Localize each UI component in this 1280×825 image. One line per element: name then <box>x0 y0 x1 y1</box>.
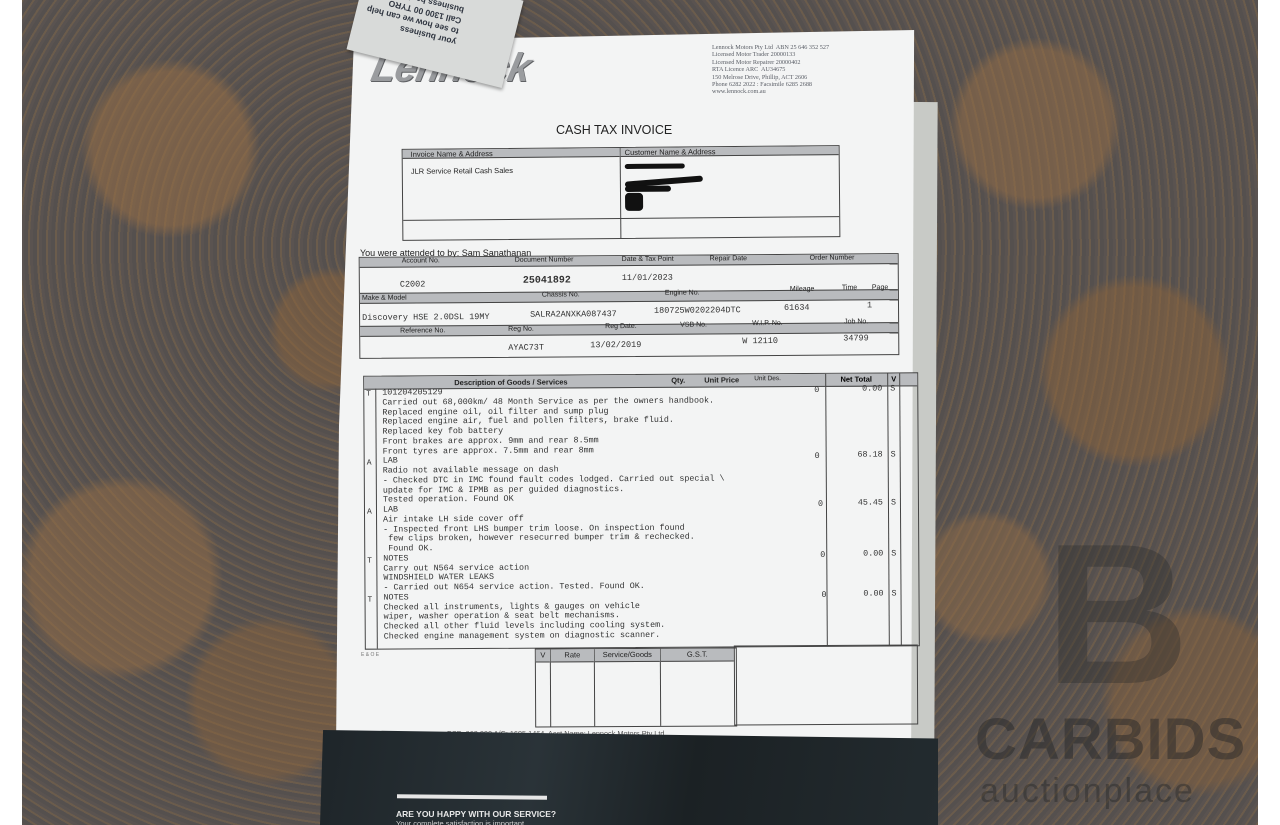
gst-table: V Rate Service/Goods G.S.T. <box>535 647 737 727</box>
line-type: A <box>367 459 372 468</box>
time-label: Time <box>842 284 857 291</box>
job-no-label: Job No. <box>844 318 868 325</box>
gst-service-goods-header: Service/Goods <box>595 649 660 662</box>
line-qty: 0 <box>815 451 820 461</box>
address-box: Invoice Name & Address Customer Name & A… <box>402 145 841 241</box>
line-qty: 0 <box>818 499 823 509</box>
line-net-total: 0.00 <box>835 549 883 559</box>
reference-no-label: Reference No. <box>400 327 445 334</box>
mileage-label: Mileage <box>790 286 815 293</box>
qty-header: Qty. <box>671 376 685 385</box>
brochure-subtext: Your complete satisfaction is important.… <box>396 819 530 825</box>
services-table: Description of Goods / Services Qty. Uni… <box>363 372 920 649</box>
description-header: Description of Goods / Services <box>454 377 567 387</box>
line-v: S <box>891 449 896 459</box>
date-tax-point-label: Date & Tax Point <box>622 256 674 263</box>
repair-date-label: Repair Date <box>710 255 747 262</box>
account-no-value: C2002 <box>400 279 426 289</box>
line-v: S <box>891 588 896 598</box>
brochure-heading: ARE YOU HAPPY WITH OUR SERVICE? <box>396 809 556 819</box>
account-no-label: Account No. <box>402 257 440 264</box>
invoice-name-label: Invoice Name & Address <box>403 148 620 159</box>
customer-name-label: Customer Name & Address <box>621 146 839 157</box>
totals-box <box>734 645 918 726</box>
engine-no-label: Engine No. <box>665 290 700 297</box>
line-v: S <box>890 383 895 393</box>
company-details: Lennock Motors Pty Ltd ABN 25 646 352 52… <box>712 44 829 96</box>
document-number-value: 25041892 <box>523 275 571 286</box>
document-title: CASH TAX INVOICE <box>556 123 672 137</box>
invoice-name-value: JLR Service Retail Cash Sales <box>411 166 513 176</box>
line-v: S <box>891 497 896 507</box>
document-number-label: Document Number <box>515 256 574 263</box>
line-net-total: 0.00 <box>834 384 882 394</box>
unit-des-header: Unit Des. <box>754 375 781 382</box>
line-type: T <box>368 596 373 605</box>
unit-price-header: Unit Price <box>704 375 739 384</box>
chassis-no-value: SALRA2ANXKA087437 <box>530 309 617 320</box>
line-qty: 0 <box>814 385 819 395</box>
gst-rate-header: Rate <box>551 649 594 662</box>
watermark-title: CARBIDS <box>975 706 1246 773</box>
line-v: S <box>891 548 896 558</box>
make-model-value: Discovery HSE 2.0DSL 19MY <box>362 312 490 323</box>
watermark-logo: B <box>1045 500 1189 730</box>
receipt-slip-text: your business to see how we can help Cal… <box>363 0 465 47</box>
date-tax-point-value: 11/01/2023 <box>622 273 673 283</box>
order-number-label: Order Number <box>810 254 855 261</box>
mileage-value: 61634 <box>784 303 810 313</box>
chassis-no-label: Chassis No. <box>542 291 580 298</box>
job-no-value: 34799 <box>843 333 869 343</box>
watermark-subtitle: auctionplace <box>980 772 1195 811</box>
line-type: T <box>366 390 371 399</box>
reg-no-label: Reg No. <box>508 326 534 333</box>
gst-v-header: V <box>536 649 550 662</box>
wip-no-value: W 12110 <box>742 336 778 346</box>
reg-date-label: Reg Date. <box>605 323 637 330</box>
reg-date-value: 13/02/2019 <box>590 340 641 350</box>
line-type: A <box>367 508 372 517</box>
engine-no-value: 180725W0202204DTC <box>654 305 741 316</box>
wip-no-label: W.I.P. No. <box>752 320 783 327</box>
line-qty: 0 <box>820 550 825 560</box>
page-label: Page <box>872 284 888 291</box>
gst-amount-header: G.S.T. <box>661 648 734 661</box>
line-type: T <box>367 557 372 566</box>
eoe-note: E & O E <box>361 652 379 658</box>
line-qty: 0 <box>821 590 826 600</box>
vsb-no-label: VSB No. <box>680 321 707 328</box>
reg-no-value: AYAC73T <box>508 343 544 353</box>
services-description: 101204205129 Carried out 68,000km/ 48 Mo… <box>382 386 725 642</box>
line-net-total: 68.18 <box>835 450 883 460</box>
vehicle-details-table: Account No. Document Number Date & Tax P… <box>359 253 900 359</box>
line-net-total: 0.00 <box>835 589 883 599</box>
line-net-total: 45.45 <box>835 498 883 508</box>
page-value: 1 <box>867 300 872 310</box>
make-model-label: Make & Model <box>362 295 407 302</box>
